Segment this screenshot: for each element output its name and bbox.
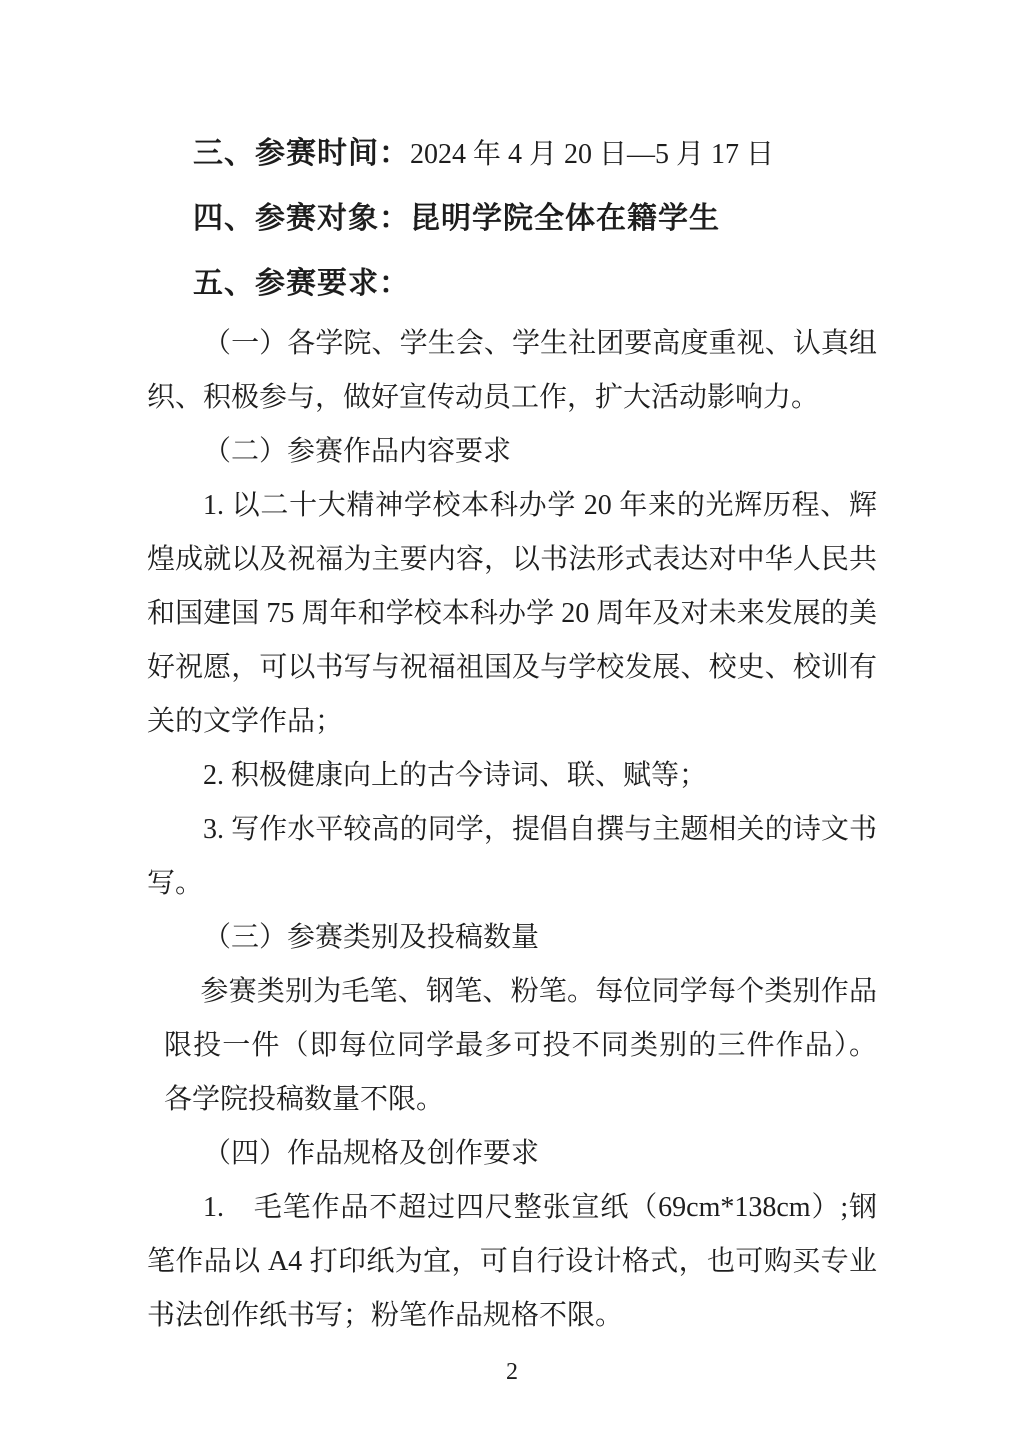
section-heading: 五、参赛要求： — [147, 252, 877, 317]
section-heading: 三、参赛时间：2024 年 4 月 20 日—5 月 17 日 — [147, 122, 877, 187]
document-content: 三、参赛时间：2024 年 4 月 20 日—5 月 17 日四、参赛对象：昆明… — [0, 0, 1024, 1343]
paragraph: （三）参赛类别及投稿数量 — [147, 911, 877, 965]
paragraph: （四）作品规格及创作要求 — [147, 1127, 877, 1181]
page-number: 2 — [0, 1359, 1024, 1386]
heading-label: 四、参赛对象：昆明学院全体在籍学生 — [193, 202, 720, 235]
paragraph: 参赛类别为毛笔、钢笔、粉笔。每位同学每个类别作品限投一件（即每位同学最多可投不同… — [164, 965, 877, 1127]
document-page: 三、参赛时间：2024 年 4 月 20 日—5 月 17 日四、参赛对象：昆明… — [0, 0, 1024, 1448]
paragraph: 1. 以二十大精神学校本科办学 20 年来的光辉历程、辉煌成就以及祝福为主要内容… — [147, 479, 877, 749]
section-heading: 四、参赛对象：昆明学院全体在籍学生 — [147, 187, 877, 252]
paragraph: 2. 积极健康向上的古今诗词、联、赋等； — [147, 749, 877, 803]
paragraph: 1. 毛笔作品不超过四尺整张宣纸（69cm*138cm）;钢笔作品以 A4 打印… — [147, 1181, 877, 1343]
heading-label: 三、参赛时间： — [193, 137, 410, 170]
paragraph: （二）参赛作品内容要求 — [147, 425, 877, 479]
paragraph: 3. 写作水平较高的同学，提倡自撰与主题相关的诗文书写。 — [147, 803, 877, 911]
heading-label: 五、参赛要求： — [193, 267, 410, 300]
heading-value: 2024 年 4 月 20 日—5 月 17 日 — [410, 139, 774, 170]
paragraph: （一）各学院、学生会、学生社团要高度重视、认真组织、积极参与，做好宣传动员工作，… — [147, 317, 877, 425]
